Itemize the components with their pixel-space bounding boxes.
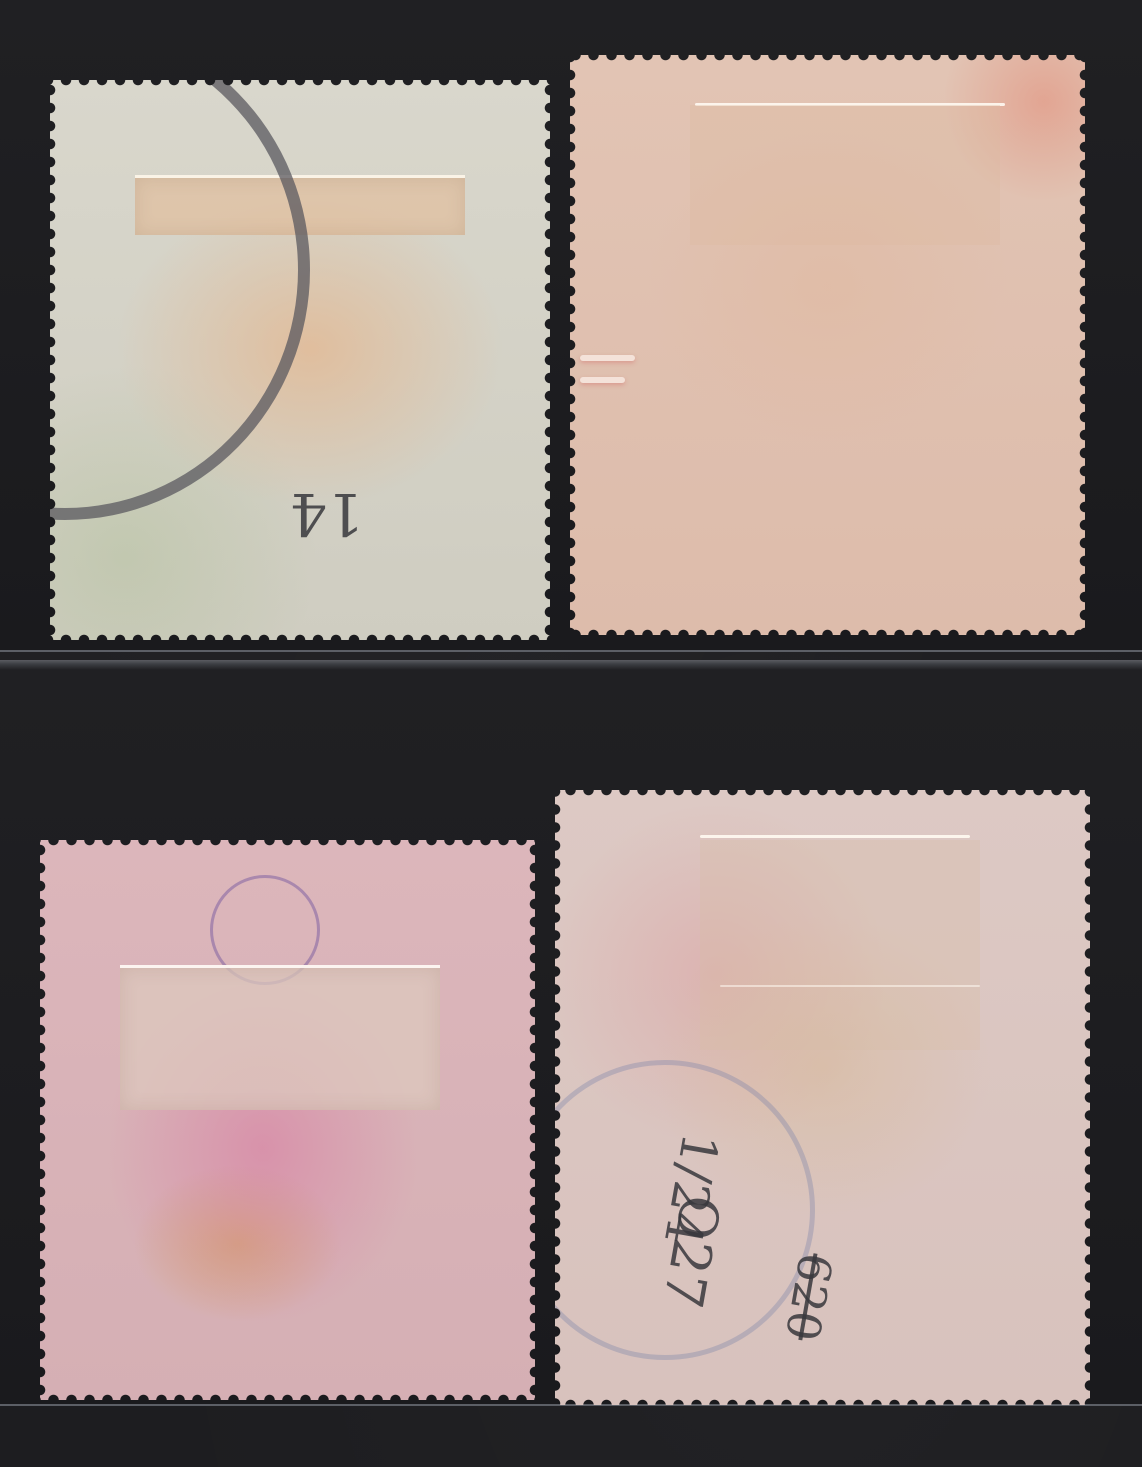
hinge-fold <box>720 985 980 987</box>
stamp-hinge-body <box>690 105 1000 245</box>
stock-page: 14 1/24 O27 620 <box>0 0 1142 1467</box>
stamp-hinge <box>120 965 440 1110</box>
paper-crease <box>580 355 635 361</box>
stamp-top-left: 14 <box>50 80 550 640</box>
stamp-hinge-body <box>700 840 980 1050</box>
stamp-bottom-right: 1/24 O27 620 <box>555 790 1090 1405</box>
stamp-bottom-left <box>40 840 535 1400</box>
strip-edge <box>0 660 1142 670</box>
paper-crease <box>580 377 625 383</box>
pencil-notation: 14 <box>290 480 364 548</box>
stamp-top-right <box>570 55 1085 635</box>
stamp-hinge <box>700 835 970 838</box>
